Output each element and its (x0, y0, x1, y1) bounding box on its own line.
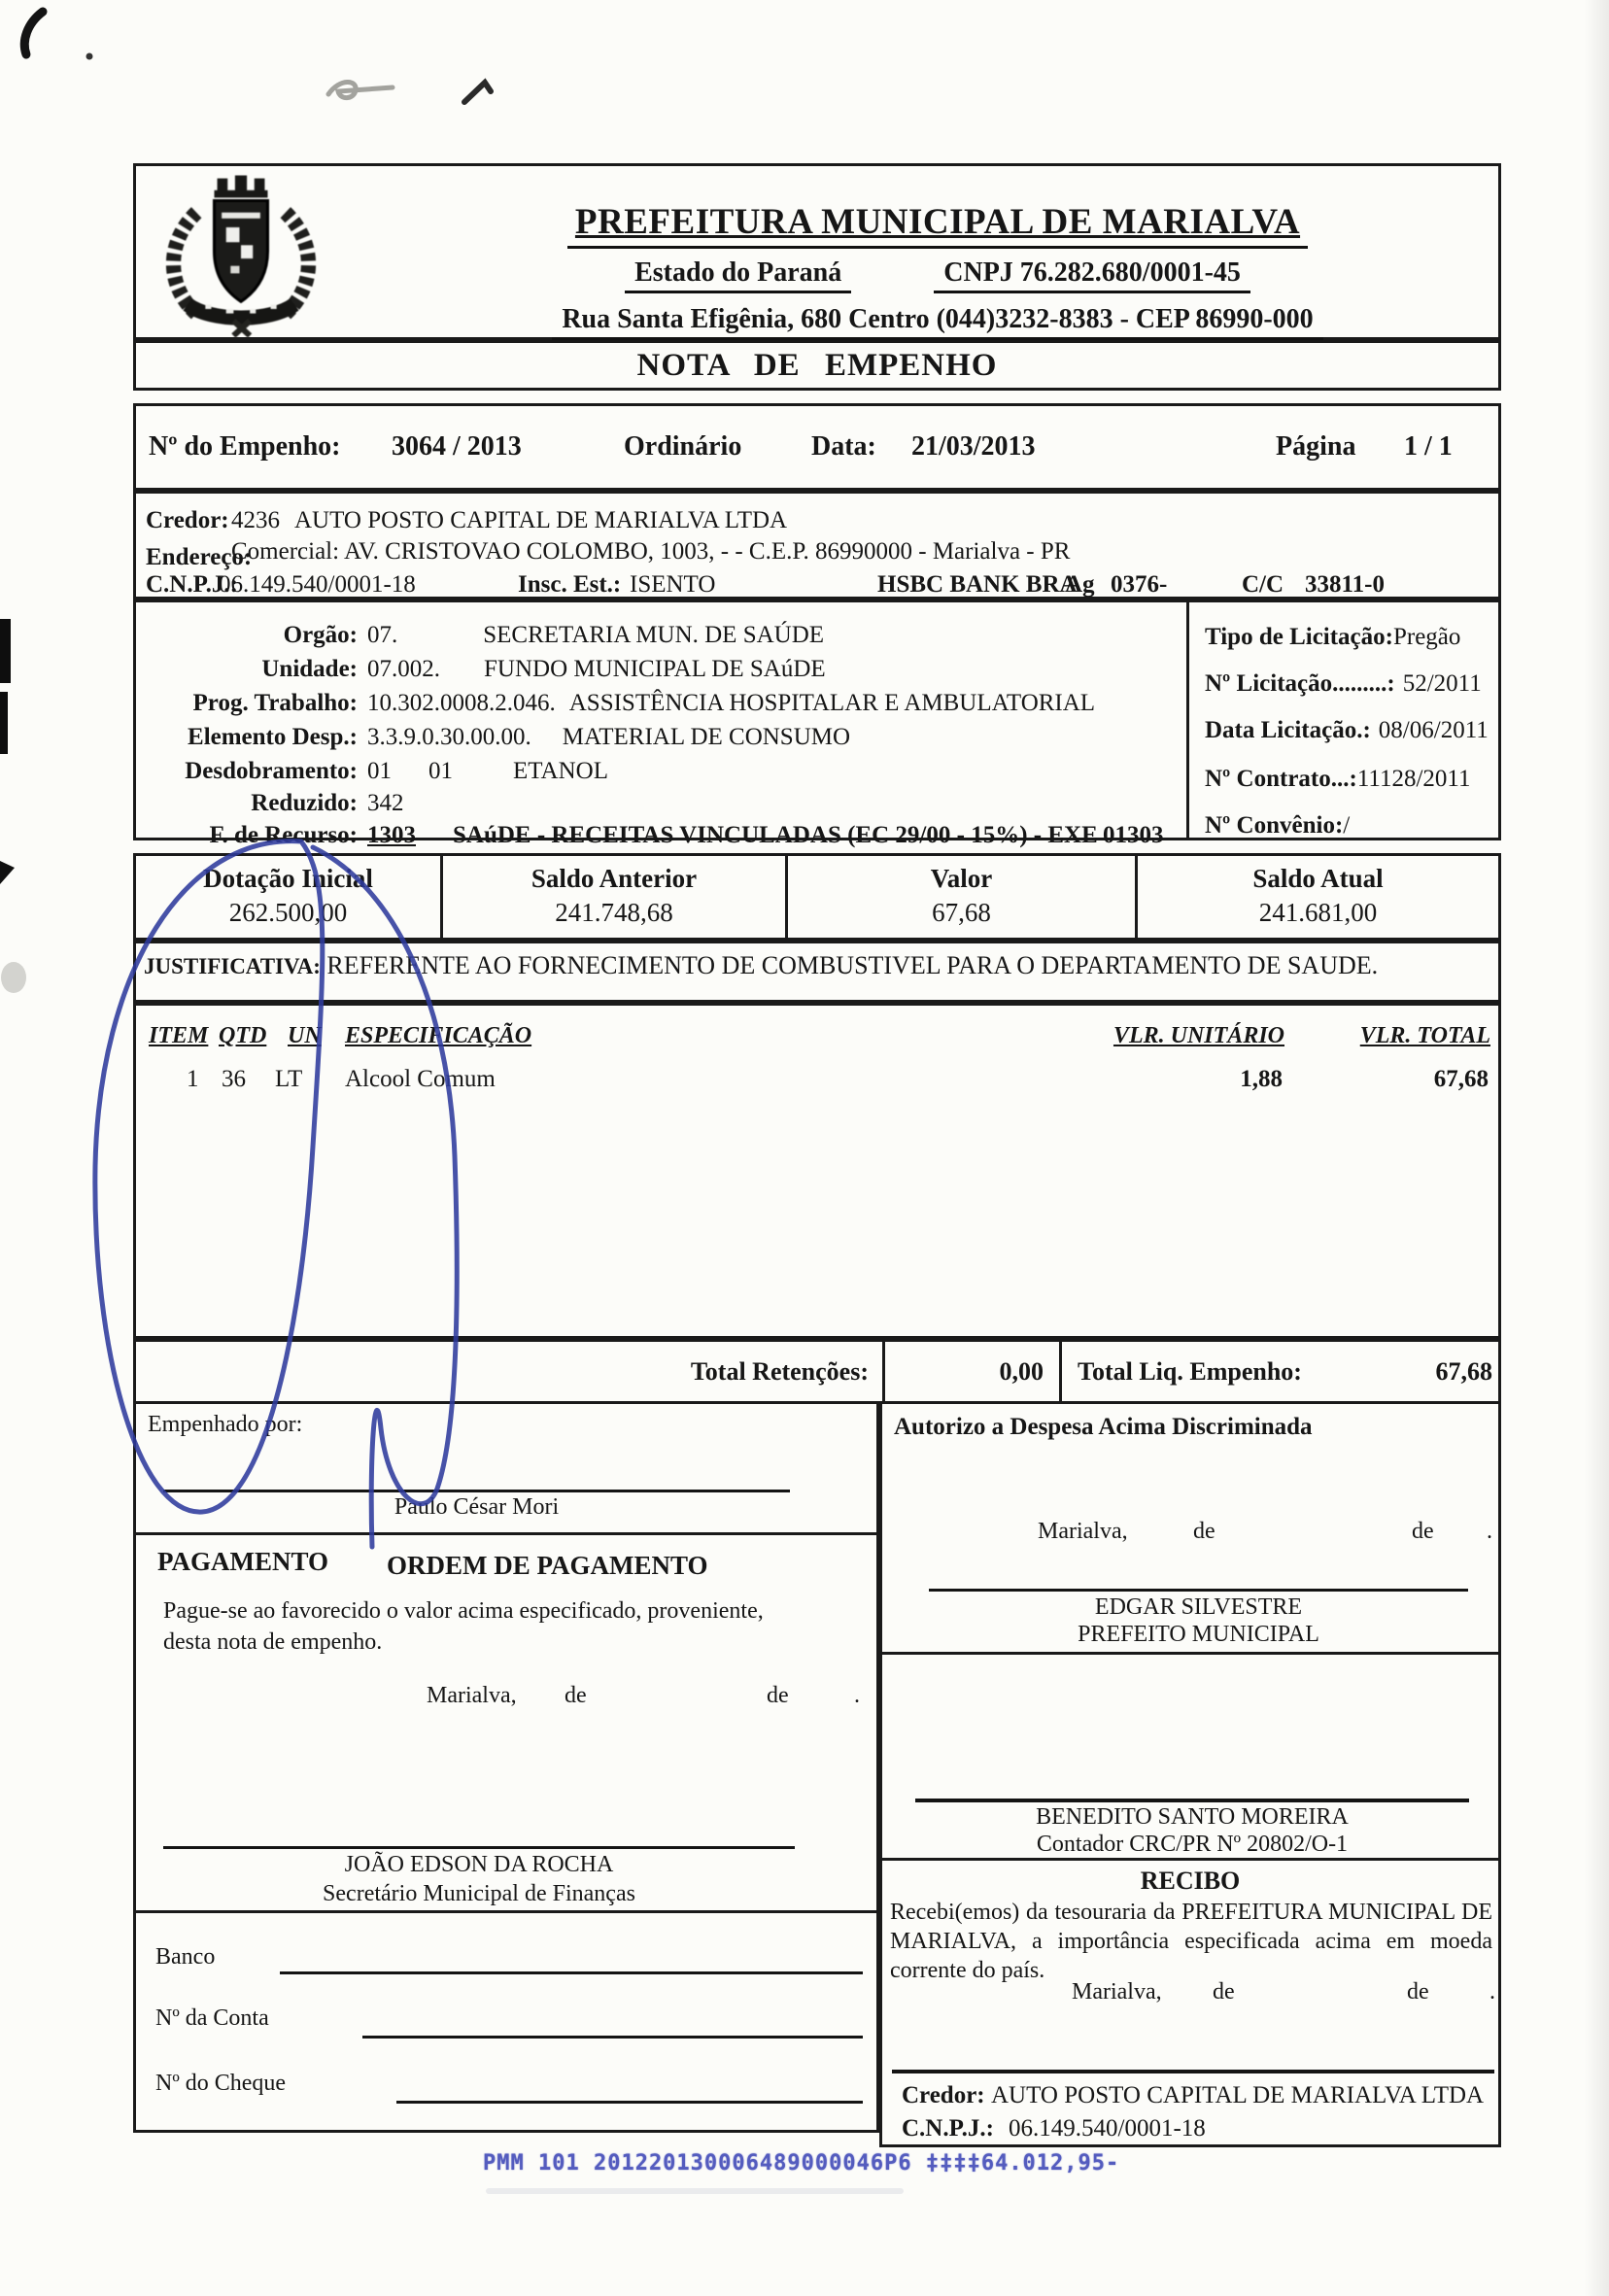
check-number-label: Nº do Cheque (155, 2071, 286, 2097)
liq-total-value: 67,68 (1436, 1357, 1493, 1387)
row-label: Prog. Trabalho: (136, 690, 358, 717)
city-date-de: de (565, 1683, 587, 1709)
item-description: Alcool Comum (345, 1066, 496, 1093)
committed-by-cell: Empenhado por: Paulo César Mori (136, 1404, 876, 1535)
receipt-creditor-label: Credor: (902, 2082, 985, 2109)
licitacao-type-label: Tipo de Licitação: (1205, 624, 1393, 650)
classification-row: Prog. Trabalho:10.302.0008.2.046.ASSISTÊ… (136, 690, 1095, 717)
signature-line (163, 1846, 795, 1849)
payment-title: PAGAMENTO (157, 1547, 328, 1577)
authorization-cell: Autorizo a Despesa Acima Discriminada Ma… (882, 1404, 1498, 1655)
row-desc: SECRETARIA MUN. DE SAÚDE (483, 622, 824, 648)
header-title-wrap: PREFEITURA MUNICIPAL DE MARIALVA (398, 201, 1477, 249)
balances-table: Dotação Inicial 262.500,00 Saldo Anterio… (133, 853, 1501, 941)
balance-header: Dotação Inicial (136, 864, 440, 894)
city-date-de: de (1412, 1519, 1434, 1545)
accountant-name: BENEDITO SANTO MOREIRA (915, 1804, 1469, 1831)
page-number-value: 1 / 1 (1404, 431, 1453, 463)
creditor-address: Comercial: AV. CRISTOVAO COLOMBO, 1003, … (231, 538, 1070, 565)
document-type-title: NOTA DE EMPENHO (136, 348, 1498, 384)
coat-of-arms-logo-icon (150, 174, 332, 337)
receipt-title: RECIBO (882, 1867, 1498, 1896)
lower-left-column: Empenhado por: Paulo César Mori PAGAMENT… (133, 1404, 879, 2133)
classification-row: F. de Recurso:1303SAúDE - RECEITAS VINCU… (136, 822, 1098, 849)
city-date-city: Marialva, (1072, 1979, 1162, 2005)
city-date-city: Marialva, (1038, 1519, 1128, 1545)
item-number: 1 (187, 1066, 199, 1093)
agreement-number-value: / (1343, 812, 1350, 839)
row-desc: FUNDO MUNICIPAL DE SAúDE (484, 656, 826, 682)
empenho-number-value: 3064 / 2013 (392, 431, 522, 463)
creditor-name: AUTO POSTO CAPITAL DE MARIALVA LTDA (294, 507, 787, 534)
balance-cell-atual: Saldo Atual 241.681,00 (1135, 856, 1498, 938)
account-fill-line (362, 2036, 863, 2039)
header-address-wrap: Rua Santa Efigênia, 680 Centro (044)3232… (398, 304, 1477, 340)
balance-cell-valor: Valor 67,68 (785, 856, 1135, 938)
row-desc: ASSISTÊNCIA HOSPITALAR E AMBULATORIAL (569, 690, 1095, 716)
row-label: Elemento Desp.: (136, 724, 358, 751)
balance-value: 262.500,00 (136, 898, 440, 928)
classification-row: Reduzido:342 (136, 790, 404, 817)
justification-label: JUSTIFICATIVA: (144, 954, 321, 978)
retentions-value: 0,00 (1000, 1357, 1044, 1387)
budget-classification-box: Orgão:07.SECRETARIA MUN. DE SAÚDE Unidad… (133, 600, 1501, 840)
licitacao-date-row: Data Licitação.:08/06/2011 (1205, 717, 1489, 744)
stamp-ghost-line (486, 2188, 904, 2194)
header-subline: Estado do Paraná CNPJ 76.282.680/0001-45 (398, 257, 1477, 293)
justification-box: JUSTIFICATIVA: REFERENTE AO FORNECIMENTO… (133, 941, 1501, 1003)
committed-by-name: Paulo César Mori (163, 1494, 790, 1521)
row-code: 10.302.0008.2.046. (367, 690, 556, 716)
mayor-name: EDGAR SILVESTRE (929, 1594, 1468, 1621)
empenho-number-label: Nº do Empenho: (149, 431, 341, 463)
balance-header: Saldo Atual (1138, 864, 1498, 894)
items-header-qtd: QTD (219, 1023, 266, 1049)
city-date-de: de (767, 1683, 789, 1709)
licitacao-type-row: Tipo de Licitação:Pregão (1205, 624, 1460, 651)
city-date-de: de (1213, 1979, 1235, 2005)
creditor-label: Credor: (146, 507, 229, 534)
retentions-value-cell: 0,00 (882, 1342, 1062, 1401)
signature-line (163, 1490, 790, 1492)
balance-cell-anterior: Saldo Anterior 241.748,68 (440, 856, 785, 938)
city-date-city: Marialva, (427, 1683, 517, 1709)
document-type-bar: NOTA DE EMPENHO (133, 340, 1501, 391)
authorization-title: Autorizo a Despesa Acima Discriminada (894, 1414, 1313, 1441)
payment-text: Pague-se ao favorecido o valor acima esp… (163, 1595, 804, 1658)
receipt-cnpj-label: C.N.P.J.: (902, 2115, 994, 2142)
accountant-cell: BENEDITO SANTO MOREIRA Contador CRC/PR N… (882, 1655, 1498, 1861)
city-date-dot: . (1487, 1519, 1492, 1545)
row-code: 1303 (367, 822, 416, 848)
empenho-type: Ordinário (624, 431, 741, 463)
city-date-de: de (1407, 1979, 1429, 2005)
finance-secretary-name: JOÃO EDSON DA ROCHA (163, 1852, 795, 1878)
retentions-label: Total Retenções: (691, 1357, 869, 1387)
account-number-label: Nº da Conta (155, 2005, 269, 2032)
items-table: ITEM QTD UN ESPECIFICAÇÃO VLR. UNITÁRIO … (133, 1003, 1501, 1339)
row-code: 07.002. (367, 656, 440, 682)
agency-label: Ag (1065, 571, 1095, 599)
agency-value: 0376- (1111, 571, 1167, 599)
classification-row: Desdobramento:0101ETANOL (136, 758, 608, 785)
justification-text: REFERENTE AO FORNECIMENTO DE COMBUSTIVEL… (326, 951, 1378, 979)
contract-number-label: Nº Contrato...: (1205, 766, 1357, 792)
row-label: Desdobramento: (136, 758, 358, 785)
licitacao-type-value: Pregão (1393, 624, 1460, 650)
items-header-item: ITEM (149, 1023, 208, 1049)
contract-number-value: 11128/2011 (1357, 766, 1471, 792)
scan-edge-shadow (1584, 0, 1609, 2296)
row-code: 3.3.9.0.30.00.00. (367, 724, 531, 750)
contract-number-row: Nº Contrato...:11128/2011 (1205, 766, 1471, 793)
row-code: 07. (367, 622, 397, 648)
creditor-cnpj: 06.149.540/0001-18 (219, 571, 416, 599)
receipt-cell: RECIBO Recebi(emos) da tesouraria da PRE… (882, 1861, 1498, 2144)
balance-header: Saldo Anterior (443, 864, 785, 894)
creditor-code: 4236 (231, 507, 280, 534)
licitacao-date-label: Data Licitação.: (1205, 717, 1371, 743)
receipt-creditor-name: AUTO POSTO CAPITAL DE MARIALVA LTDA (991, 2082, 1484, 2109)
row-label: Orgão: (136, 622, 358, 649)
bank-check-cell: Banco Nº da Conta Nº do Cheque (136, 1913, 876, 2130)
classification-row: Elemento Desp.:3.3.9.0.30.00.00.MATERIAL… (136, 724, 850, 751)
signature-line (929, 1589, 1468, 1592)
committed-by-label: Empenhado por: (148, 1412, 302, 1438)
city-date-dot: . (1489, 1979, 1495, 2005)
page-number-label: Página (1276, 431, 1355, 463)
licitacao-box: Tipo de Licitação:Pregão Nº Licitação...… (1186, 602, 1504, 838)
empenho-date-label: Data: (811, 431, 876, 463)
receipt-text: Recebi(emos) da tesouraria da PREFEITURA… (890, 1898, 1492, 1985)
row-desc: SAúDE - RECEITAS VINCULADAS (EC 29/00 - … (453, 822, 1098, 848)
account-value: 33811-0 (1305, 571, 1385, 599)
state-reg-label: Insc. Est.: (518, 571, 621, 599)
creditor-box: Credor: 4236 AUTO POSTO CAPITAL DE MARIA… (133, 491, 1501, 600)
finance-secretary-role: Secretário Municipal de Finanças (163, 1881, 795, 1907)
item-unit: LT (275, 1066, 302, 1093)
retentions-label-cell: Total Retenções: (136, 1342, 882, 1401)
check-fill-line (396, 2101, 863, 2104)
city-date-dot: . (854, 1683, 860, 1709)
liq-total-label: Total Liq. Empenho: (1078, 1357, 1302, 1387)
receipt-divider-line (892, 2070, 1494, 2073)
page-title: PREFEITURA MUNICIPAL DE MARIALVA (567, 201, 1308, 249)
account-label: C/C (1242, 571, 1284, 599)
row-label: F. de Recurso: (136, 822, 358, 849)
lower-right-column: Autorizo a Despesa Acima Discriminada Ma… (879, 1404, 1501, 2147)
resource-source-code: 01303 (1103, 822, 1164, 849)
classification-row: Unidade:07.002.FUNDO MUNICIPAL DE SAúDE (136, 656, 826, 683)
row-code2: 01 (428, 758, 453, 784)
accountant-role: Contador CRC/PR Nº 20802/O-1 (915, 1832, 1469, 1858)
liq-total-cell: Total Liq. Empenho: 67,68 (1062, 1342, 1504, 1401)
bank-label: Banco (155, 1944, 215, 1970)
balance-value: 241.748,68 (443, 898, 785, 928)
header-address: Rua Santa Efigênia, 680 Centro (044)3232… (552, 304, 1322, 340)
items-header-vlr-total: VLR. TOTAL (1360, 1023, 1490, 1049)
payment-cell: PAGAMENTO ORDEM DE PAGAMENTO Pague-se ao… (136, 1535, 876, 1913)
bank-name: HSBC BANK BRA (877, 571, 1078, 599)
row-code: 01 (367, 758, 392, 784)
items-header-vlr-unitario: VLR. UNITÁRIO (1113, 1023, 1284, 1049)
agreement-number-row: Nº Convênio:/ (1205, 812, 1350, 840)
payment-order-title: ORDEM DE PAGAMENTO (387, 1551, 708, 1581)
signature-line (915, 1799, 1469, 1802)
row-desc: ETANOL (513, 758, 608, 784)
mayor-role: PREFEITO MUNICIPAL (929, 1622, 1468, 1648)
balance-header: Valor (788, 864, 1135, 894)
licitacao-number-row: Nº Licitação.........:52/2011 (1205, 670, 1482, 698)
row-label: Reduzido: (136, 790, 358, 817)
balance-value: 67,68 (788, 898, 1135, 928)
items-header-especificacao: ESPECIFICAÇÃO (345, 1023, 531, 1049)
justification-text-wrap: JUSTIFICATIVA: REFERENTE AO FORNECIMENTO… (144, 949, 1407, 983)
bank-fill-line (280, 1971, 863, 1974)
item-qty: 36 (222, 1066, 246, 1093)
balance-cell-dotacao: Dotação Inicial 262.500,00 (136, 856, 440, 938)
licitacao-number-label: Nº Licitação.........: (1205, 670, 1395, 697)
empenho-date-value: 21/03/2013 (911, 431, 1036, 463)
item-total-price: 67,68 (1434, 1066, 1489, 1093)
agreement-number-label: Nº Convênio: (1205, 812, 1343, 839)
empenho-number-box: Nº do Empenho: 3064 / 2013 Ordinário Dat… (133, 403, 1501, 491)
totals-row: Total Retenções: 0,00 Total Liq. Empenho… (133, 1339, 1501, 1404)
balance-value: 241.681,00 (1138, 898, 1498, 928)
header-box: PREFEITURA MUNICIPAL DE MARIALVA Estado … (133, 163, 1501, 340)
row-desc: MATERIAL DE CONSUMO (563, 724, 850, 750)
header-cnpj: CNPJ 76.282.680/0001-45 (934, 257, 1250, 293)
city-date-de: de (1193, 1519, 1215, 1545)
state-label: Estado do Paraná (625, 257, 851, 293)
licitacao-date-value: 08/06/2011 (1379, 717, 1489, 743)
item-unit-price: 1,88 (1240, 1066, 1283, 1093)
classification-row: Orgão:07.SECRETARIA MUN. DE SAÚDE (136, 622, 824, 649)
row-code: 342 (367, 790, 404, 816)
payment-stamp: PMM 101 201220130006489000046P6 ‡‡‡‡64.0… (483, 2151, 1119, 2176)
licitacao-number-value: 52/2011 (1403, 670, 1482, 697)
items-header-un: UN (288, 1023, 322, 1049)
state-reg-value: ISENTO (630, 571, 715, 599)
receipt-cnpj-value: 06.149.540/0001-18 (1009, 2115, 1206, 2142)
scanned-document-page: PREFEITURA MUNICIPAL DE MARIALVA Estado … (0, 0, 1609, 2296)
row-label: Unidade: (136, 656, 358, 683)
